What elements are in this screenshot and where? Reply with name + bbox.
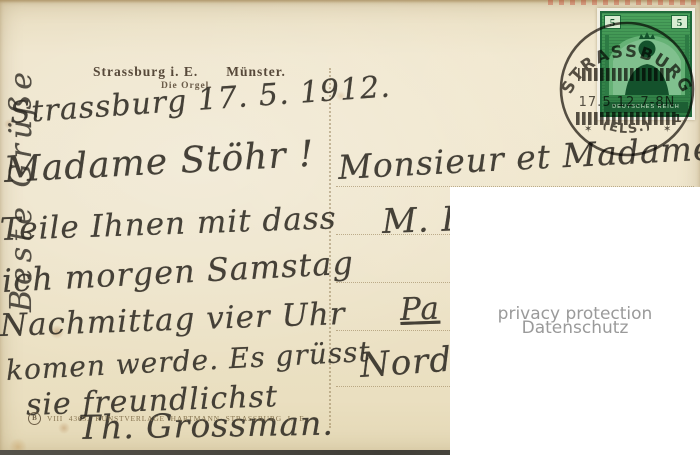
publisher-imprint: B VIII 4363. KUNSTVERLAGE HARTMANN STRAS… [28,412,307,425]
publisher-imprint-text: VIII 4363. KUNSTVERLAGE HARTMANN STRASSB… [47,414,307,423]
address-line: Pa [399,291,440,328]
signature: Th. Grossman. [78,404,334,447]
postmark-district: 1 [674,112,682,125]
vertical-edge-note: Beste Grüße [4,67,39,312]
postmark-date: 17.5.12.7-8N [579,95,676,110]
postmark-star: ✶ [584,124,592,135]
privacy-overlay: privacy protection Datenschutz [450,187,700,455]
card-title: Strassburg i. E. [93,64,198,80]
postmark-star: ✶ [663,124,671,135]
privacy-overlay-line2: Datenschutz [522,321,629,335]
postcard-photo: Strassburg i. E. Münster. Die Orgel. Str… [0,0,700,455]
publisher-logo-icon: B [28,412,41,425]
scan-artifact-red-dashes [548,0,700,5]
postmark: STRASSBURG 17.5.12.7-8N (ELS.) ✶ ✶ 1 [552,16,700,166]
